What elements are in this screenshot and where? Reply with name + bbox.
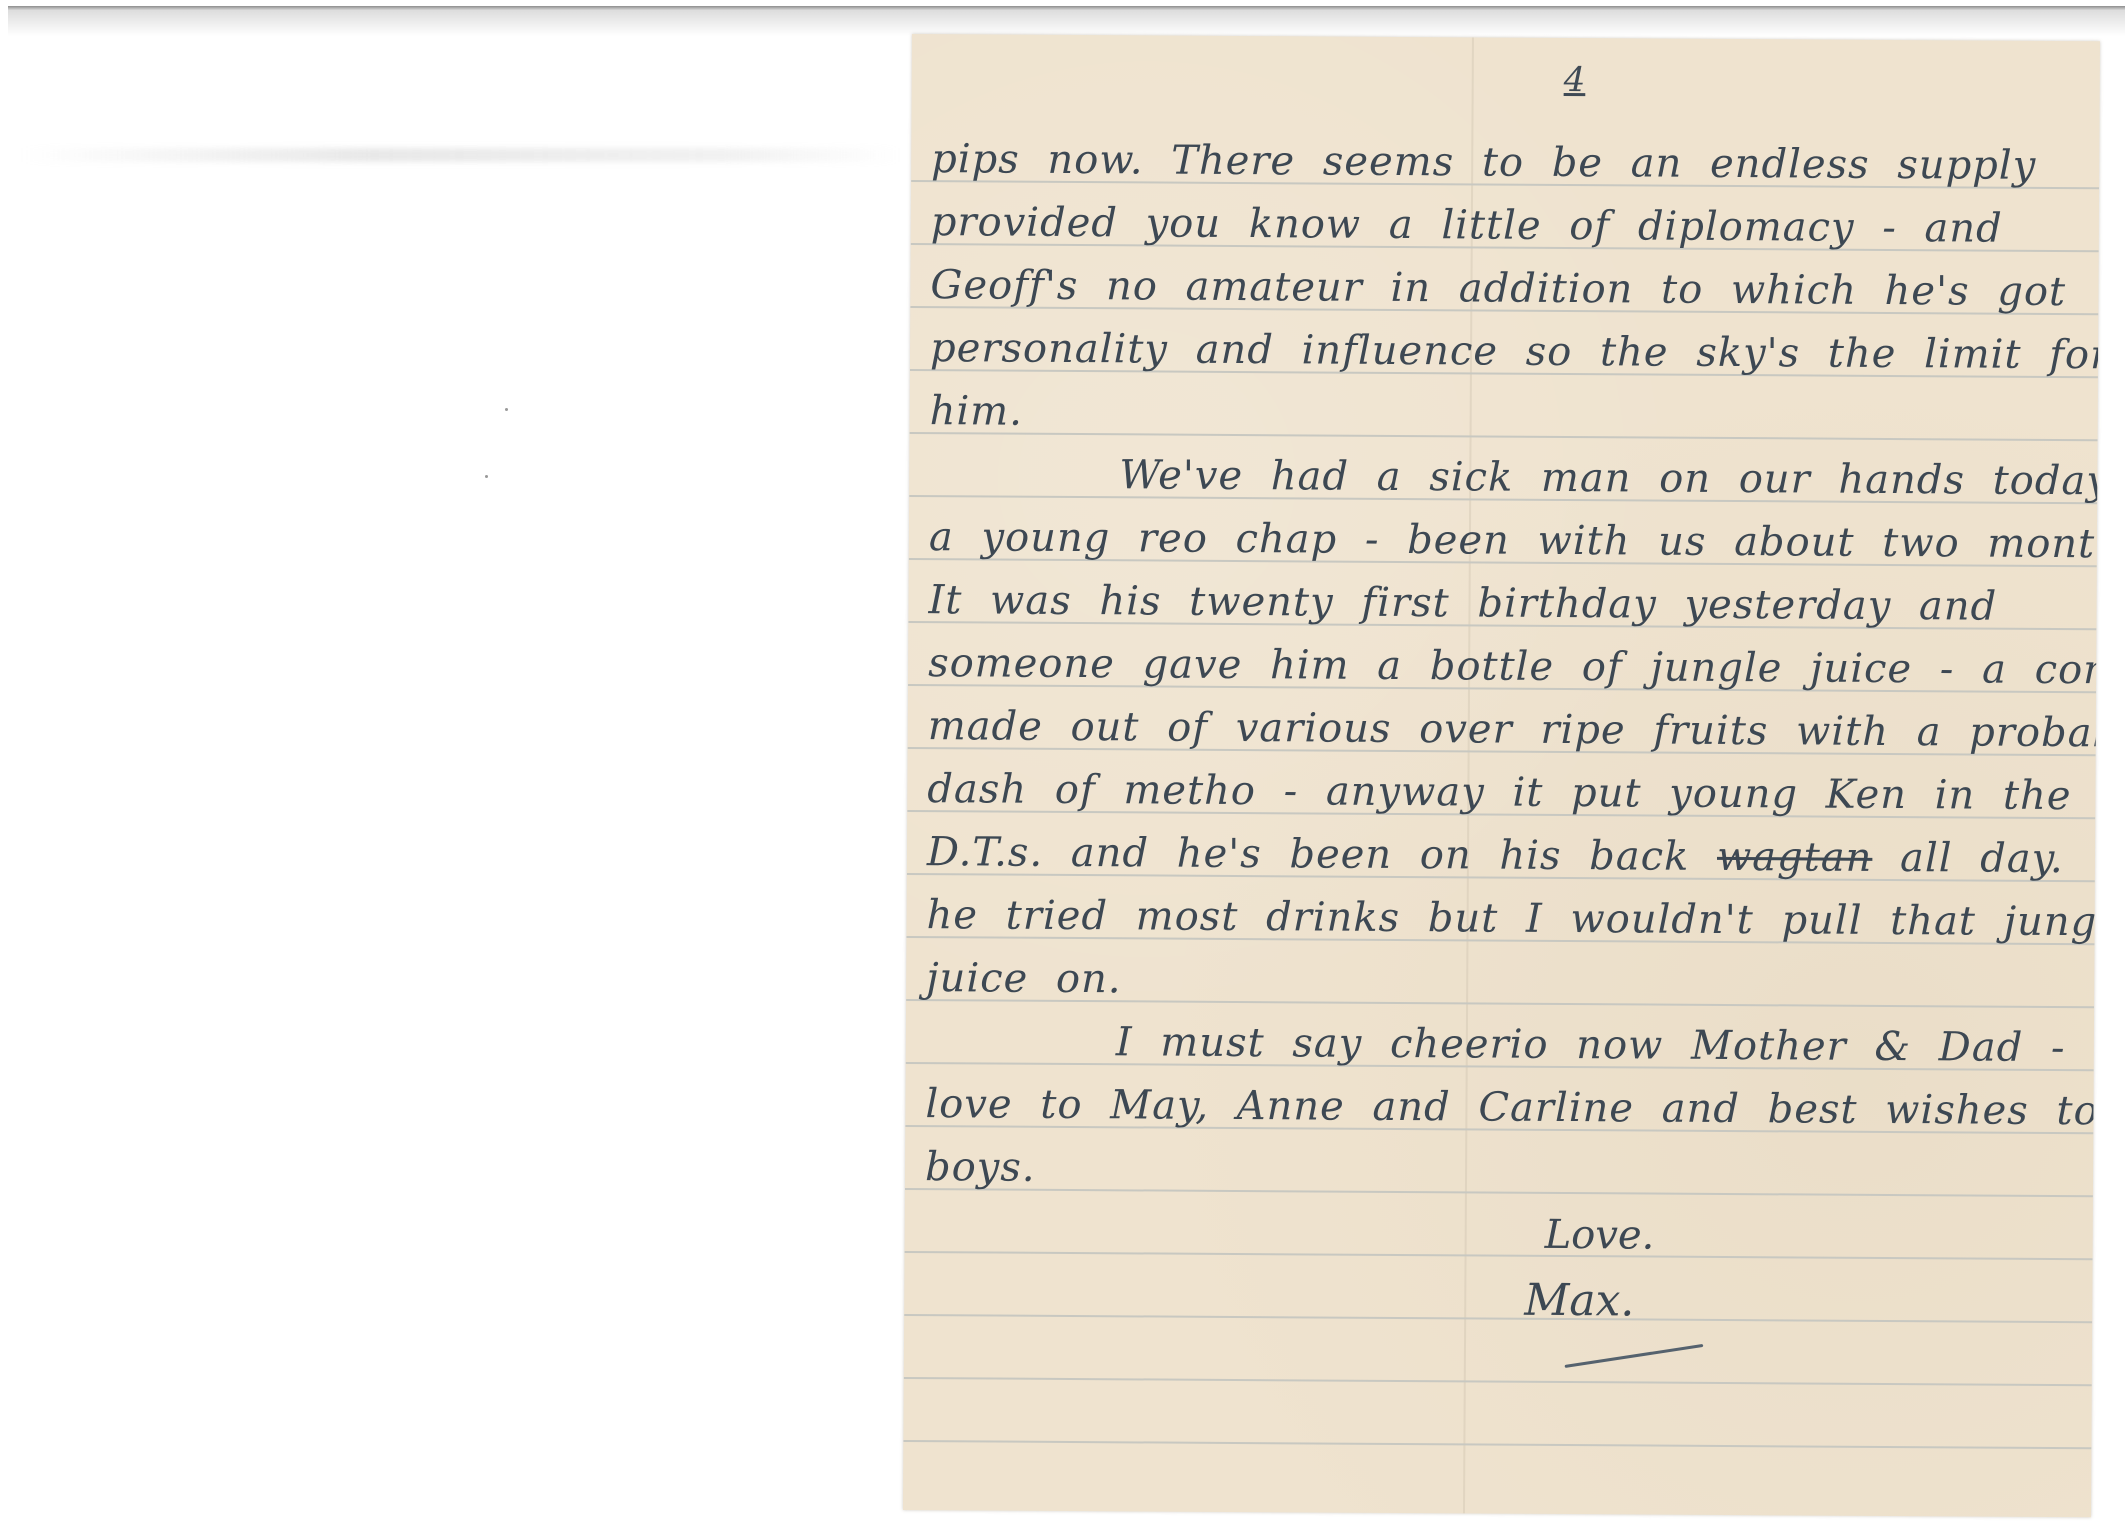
scanner-shadow — [8, 10, 2125, 36]
ruled-line — [904, 1377, 2092, 1386]
letter-line: love to May, Anne and Carline and best w… — [925, 1079, 2063, 1136]
signature: Max. — [1524, 1275, 1634, 1327]
letter-line: dash of metho - anyway it put young Ken … — [927, 764, 2065, 821]
letter-line: boys. — [925, 1142, 2063, 1199]
ruled-line — [903, 1440, 2091, 1449]
letter-line: We've had a sick man on our hands today — [929, 449, 2067, 506]
letter-line: personality and influence so the sky's t… — [930, 323, 2068, 380]
ruled-line — [905, 1251, 2093, 1260]
letter-line: I must say cheerio now Mother & Dad - gi… — [926, 1016, 2064, 1073]
letter-line: pips now. There seems to be an endless s… — [931, 134, 2069, 191]
dust-speck — [485, 475, 488, 478]
letter-line: D.T.s. and he's been on his back wagtan … — [927, 827, 2065, 884]
letter-sheet: 4 pips now. There seems to be an endless… — [903, 34, 2100, 1517]
struck-out-word: wagtan — [1717, 834, 1873, 881]
letter-line: juice on. — [926, 953, 2064, 1010]
letter-line: a young reo chap - been with us about tw… — [929, 512, 2067, 569]
letter-line: he tried most drinks but I wouldn't pull… — [926, 890, 2064, 947]
dust-speck — [505, 408, 508, 411]
letter-line: made out of various over ripe fruits wit… — [928, 701, 2066, 758]
scanned-page: 4 pips now. There seems to be an endless… — [0, 0, 2125, 1535]
letter-line: him. — [930, 386, 2068, 443]
letter-line: It was his twenty first birthday yesterd… — [928, 575, 2066, 632]
letter-line: someone gave him a bottle of jungle juic… — [928, 638, 2066, 695]
ruled-line — [904, 1314, 2092, 1323]
letter-line-text: D.T.s. and he's been on his back — [927, 829, 1690, 880]
bleed-through-smudge — [20, 148, 900, 162]
letter-line: provided you know a little of diplomacy … — [931, 197, 2069, 254]
signature-underline — [1565, 1344, 1704, 1368]
letter-line-text: all day. — [1900, 835, 2064, 882]
letter-line: Geoff's no amateur in addition to which … — [930, 260, 2068, 317]
page-number: 4 — [1564, 60, 1586, 100]
closing-salutation: Love. — [1545, 1212, 1655, 1259]
